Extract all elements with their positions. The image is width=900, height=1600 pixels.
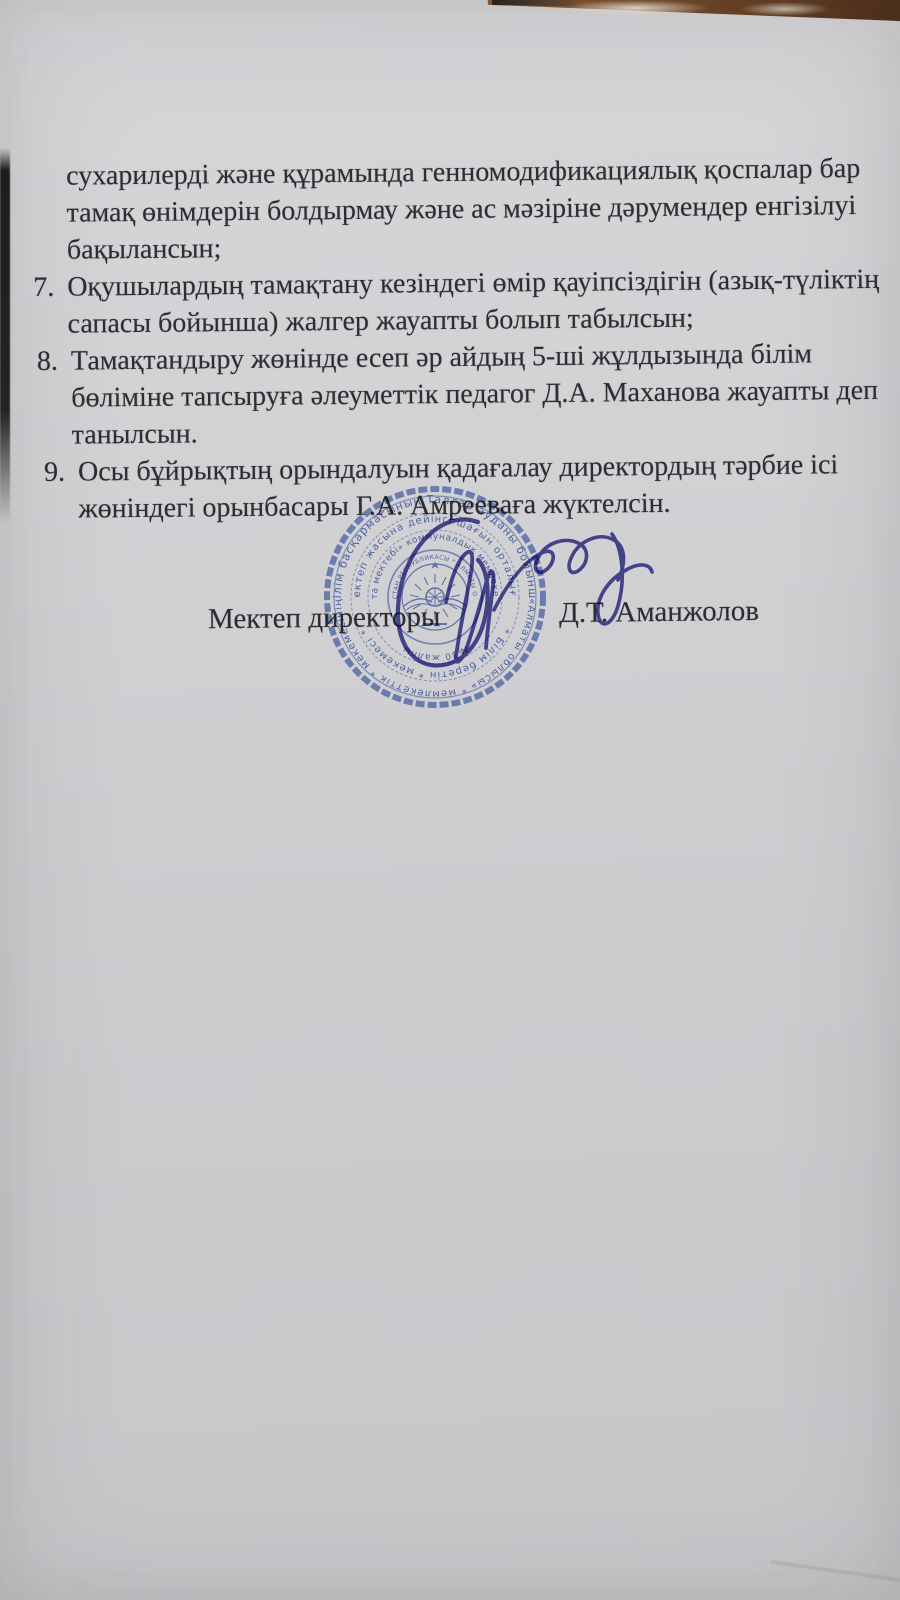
item-number: 7. [33,269,54,306]
item-number: 9. [44,454,65,491]
document-photo: сухарилерді және құрамында генномодифика… [0,0,900,1600]
item-text: Тамақтандыру жөнінде есеп әр айдың 5-ші … [71,339,878,451]
table-glare [740,2,830,16]
item-number: 8. [37,343,58,380]
document-text: сухарилерді және құрамында генномодифика… [30,150,882,528]
list-item-7: 7. Оқушылардың тамақтану кезіндегі өмір … [31,261,880,343]
paper-crease [771,1561,900,1585]
list-item-8: 8. Тамақтандыру жөнінде есеп әр айдың 5-… [35,335,881,454]
paragraph-continuation: сухарилерді және құрамында генномодифика… [66,150,879,269]
director-signature [360,490,680,700]
table-glare [560,0,710,16]
paper-left-shadow [0,148,10,523]
item-text: Оқушылардың тамақтану кезіндегі өмір қау… [67,264,879,340]
